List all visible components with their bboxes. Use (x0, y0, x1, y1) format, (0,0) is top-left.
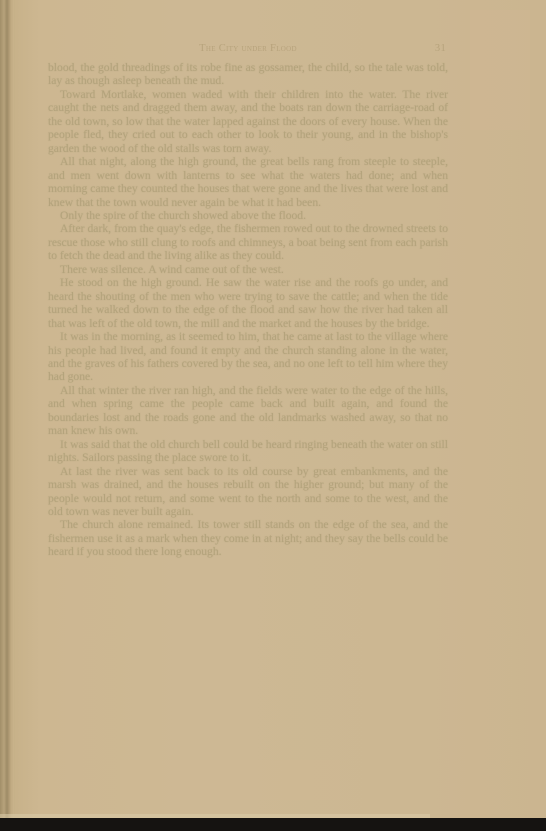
paragraph: Only the spire of the church showed abov… (48, 209, 448, 222)
paragraph: All that winter the river ran high, and … (48, 384, 448, 438)
paragraph: Toward Mortlake, women waded with their … (48, 88, 448, 155)
paragraph: The church alone remained. Its tower sti… (48, 518, 448, 558)
paragraph: All that night, along the high ground, t… (48, 155, 448, 209)
running-head: The City under Flood 31 (48, 43, 448, 57)
paragraph: There was silence. A wind came out of th… (48, 263, 448, 276)
paragraph: He stood on the high ground. He saw the … (48, 276, 448, 330)
paragraph: blood, the gold threadings of its robe f… (48, 61, 448, 88)
paragraph: It was said that the old church bell cou… (48, 438, 448, 465)
paper-stain (470, 10, 530, 130)
page-binding-edge (0, 0, 14, 822)
paragraph: At last the river was sent back to its o… (48, 465, 448, 519)
paper-stain (120, 760, 340, 800)
scanner-bottom-edge (0, 818, 546, 831)
paragraph: After dark, from the quay's edge, the fi… (48, 222, 448, 262)
paragraph: It was in the morning, as it seemed to h… (48, 330, 448, 384)
book-page: The City under Flood 31 blood, the gold … (0, 0, 546, 822)
running-title: The City under Flood (48, 43, 448, 54)
page-number: 31 (435, 43, 446, 54)
body-text: blood, the gold threadings of its robe f… (48, 61, 448, 559)
